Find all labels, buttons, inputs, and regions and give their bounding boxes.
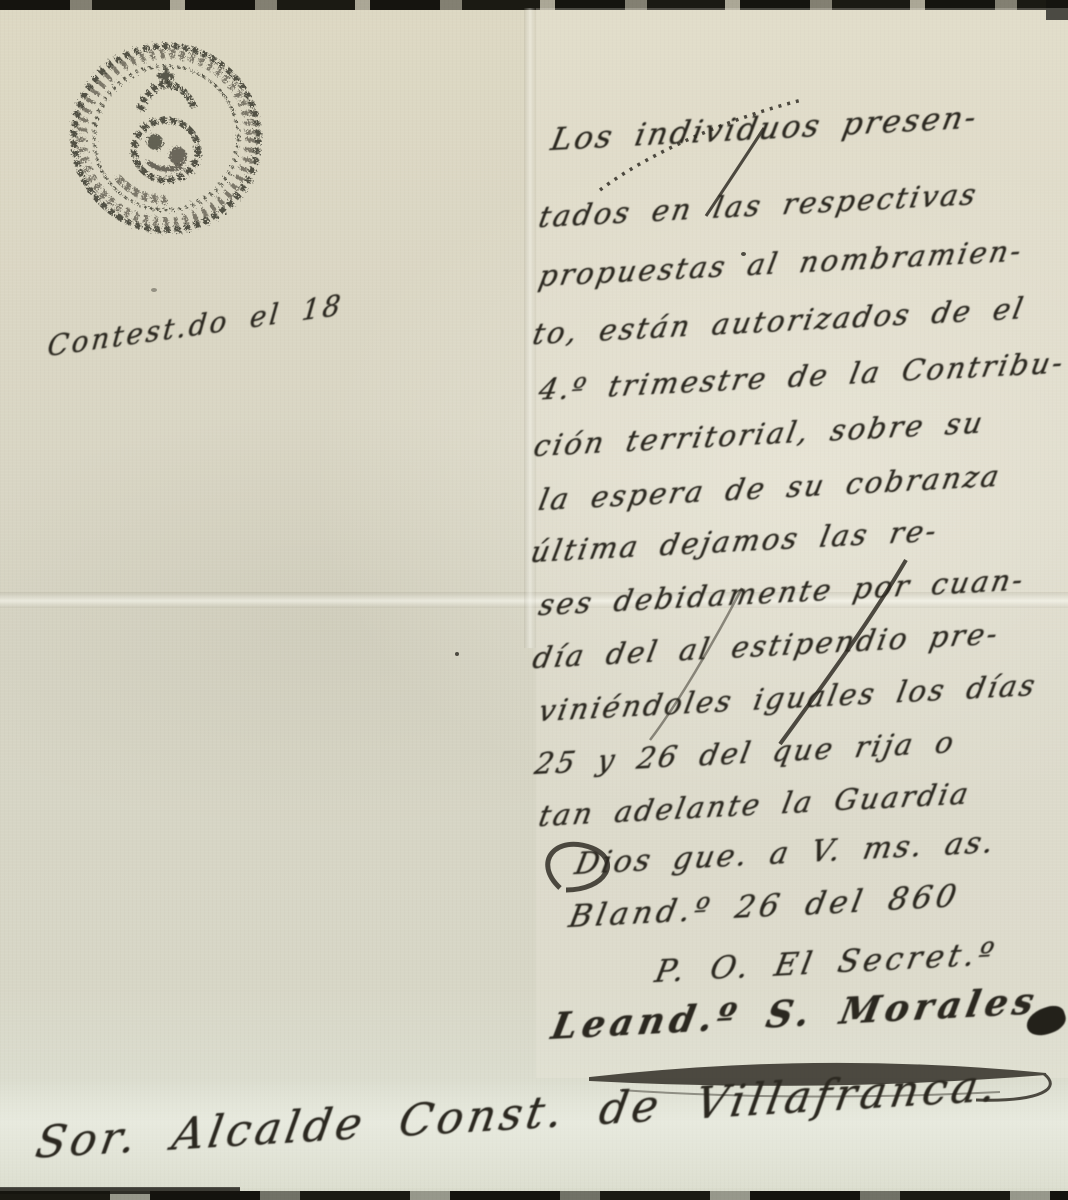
municipal-seal-icon	[60, 28, 272, 250]
scan-edge-bottom-dark	[0, 1187, 240, 1194]
handwritten-line: tados en las respectivas	[536, 177, 981, 234]
valediction-line: Dios gue. a V. ms. as.	[572, 825, 999, 882]
handwritten-line: ses debidamente por cuan-	[536, 562, 1028, 622]
letter-page: Contest.do el 18 Los individuos presen- …	[0, 0, 1068, 1200]
scan-edge-top-corner	[1046, 0, 1068, 20]
handwritten-line: to, están autorizados de el	[530, 291, 1028, 351]
ink-speck	[455, 652, 459, 656]
margin-note: Contest.do el 18	[46, 288, 345, 363]
handwritten-line: viniéndoles iguales los días	[536, 668, 1040, 728]
handwritten-line: tan adelante la Guardia	[536, 776, 974, 833]
handwritten-line: día del al estipendio pre-	[530, 616, 1003, 675]
handwritten-line: 25 y 26 del que rija o	[532, 725, 959, 781]
handwritten-line: la espera de su cobranza	[536, 458, 1004, 517]
handwritten-line: ción territorial, sobre su	[531, 405, 988, 463]
ink-speck	[741, 252, 746, 256]
signature: Leand.º S. Morales	[548, 980, 1042, 1048]
por-orden-line: P. O. El Secret.º	[652, 936, 1001, 990]
date-line: Bland.º 26 del 860	[566, 878, 963, 935]
scan-edge-top	[0, 0, 1068, 10]
handwritten-line: última dejamos las re-	[528, 513, 942, 569]
handwritten-line: Los individuos presen-	[548, 99, 982, 158]
handwritten-line: propuestas al nombramien-	[536, 233, 1026, 293]
addressee-line: Sor. Alcalde Const. de Villafranca.	[32, 1060, 1004, 1169]
handwritten-line: 4.º trimestre de la Contribu-	[536, 345, 1068, 407]
ink-speck	[151, 288, 157, 292]
